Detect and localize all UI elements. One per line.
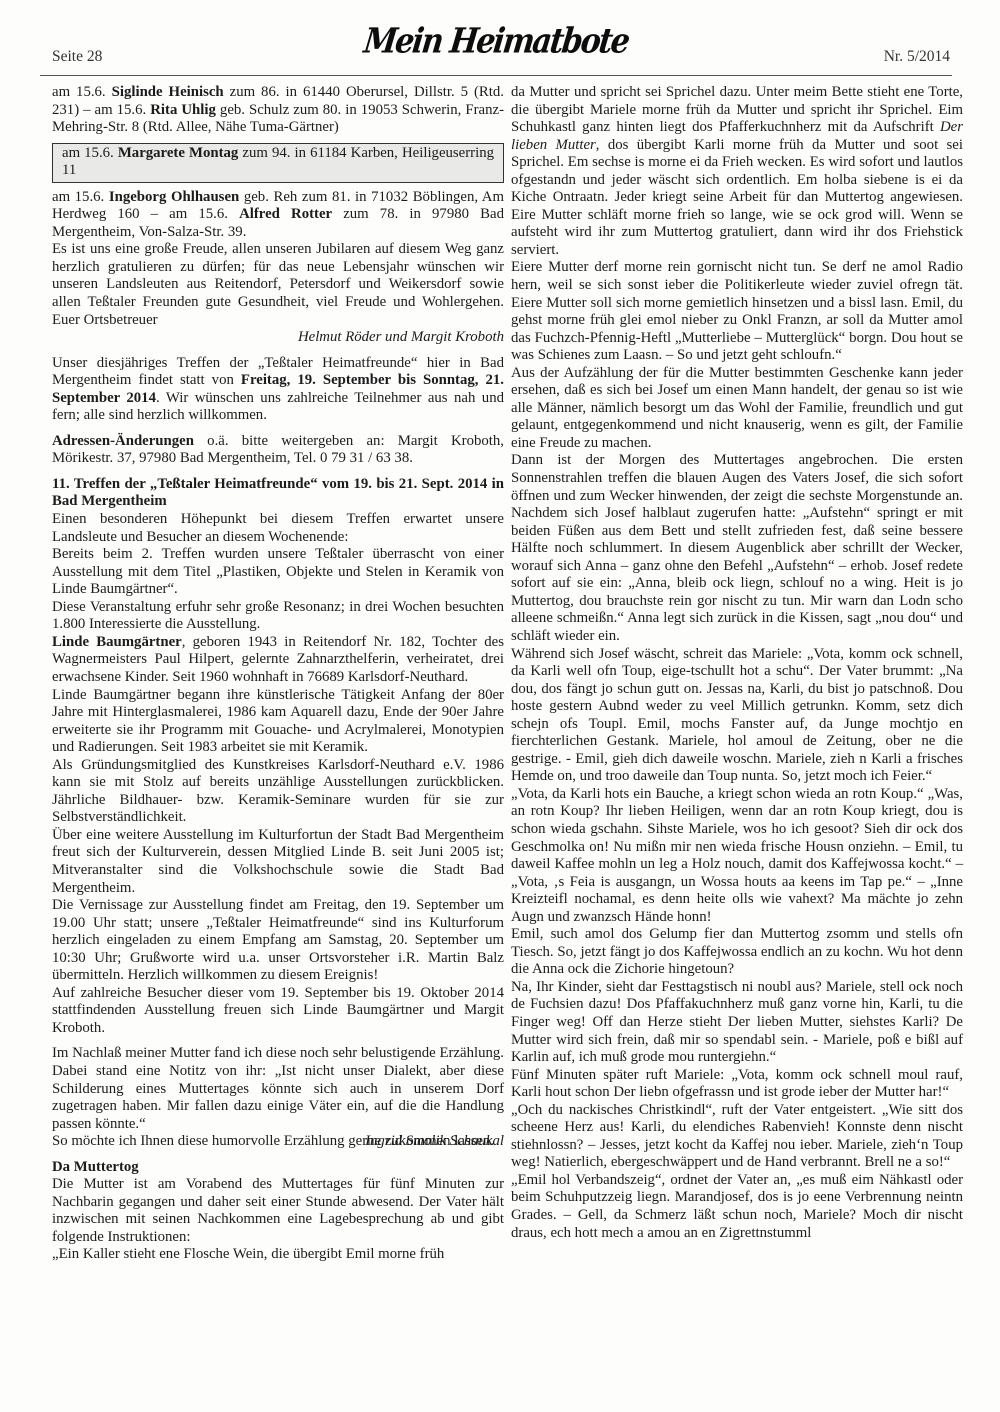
story-paragraph: Fünf Minuten später ruft Mariele: „Vota,… — [511, 1067, 963, 1102]
birthday-entry-1: am 15.6. Siglinde Heinisch zum 86. in 61… — [52, 84, 504, 137]
paragraph: Über eine weitere Ausstellung im Kulturf… — [52, 827, 504, 897]
issue-number: Nr. 5/2014 — [884, 48, 950, 66]
address-changes: Adressen-Änderungen o.ä. bitte weitergeb… — [52, 433, 504, 468]
page-number: Seite 28 — [52, 48, 102, 66]
highlighted-birthday-box: am 15.6. Margarete Montag zum 94. in 611… — [52, 143, 504, 183]
section-heading-treffen: 11. Treffen der „Teßtaler Heimatfreunde“… — [52, 476, 504, 511]
story-paragraph: Na, Ihr Kinder, sieht dar Festtagstisch … — [511, 979, 963, 1067]
story-paragraph: Emil, such amol dos Gelump fier dan Mutt… — [511, 926, 963, 979]
story-paragraph: Aus der Aufzählung der für die Mutter be… — [511, 365, 963, 453]
paragraph: Bereits beim 2. Treffen wurden unsere Te… — [52, 546, 504, 599]
paragraph: „Ein Kaller stieht ene Flosche Wein, die… — [52, 1246, 504, 1264]
page-header: Seite 28 Mein Heimatbote Nr. 5/2014 — [40, 30, 952, 76]
story-paragraph: Dann ist der Morgen des Muttertages ange… — [511, 452, 963, 645]
paragraph: Linde Baumgärtner, geboren 1943 in Reite… — [52, 634, 504, 687]
story-paragraph: Während sich Josef wäscht, schreit das M… — [511, 646, 963, 786]
paragraph: Linde Baumgärtner begann ihre künstleris… — [52, 687, 504, 757]
paragraph: Diese Veranstaltung erfuhr sehr große Re… — [52, 599, 504, 634]
paragraph: Die Vernissage zur Ausstellung findet am… — [52, 897, 504, 985]
story-paragraph: „Och du nackisches Christkindl“, ruft de… — [511, 1102, 963, 1172]
paragraph: Die Mutter ist am Vorabend des Muttertag… — [52, 1176, 504, 1246]
story-paragraph: da Mutter und spricht sei Sprichel dazu.… — [511, 84, 963, 259]
left-column: am 15.6. Siglinde Heinisch zum 86. in 61… — [52, 84, 504, 1264]
story-paragraph: „Vota, da Karli hots ein Bauche, a krieg… — [511, 786, 963, 926]
paragraph: Als Gründungsmitglied des Kunstkreises K… — [52, 757, 504, 827]
story-paragraph: „Emil hol Verbandszeig“, ordnet der Vate… — [511, 1172, 963, 1242]
intro-text: Im Nachlaß meiner Mutter fand ich diese … — [52, 1045, 504, 1133]
paragraph: Auf zahlreiche Besucher dieser vom 19. S… — [52, 985, 504, 1038]
meeting-announcement: Unser diesjähriges Treffen der „Teßtaler… — [52, 355, 504, 425]
birthday-entry-2: am 15.6. Ingeborg Ohlhausen geb. Reh zum… — [52, 189, 504, 242]
story-title: Da Muttertog — [52, 1159, 504, 1177]
signature-ortsbetreuer: Helmut Röder und Margit Kroboth — [52, 329, 504, 347]
congratulation-text: Es ist uns eine große Freude, allen unse… — [52, 241, 504, 329]
right-column: da Mutter und spricht sei Sprichel dazu.… — [511, 84, 963, 1242]
story-paragraph: Eiere Mutter derf morne rein gornischt n… — [511, 259, 963, 364]
masthead-logo: Mein Heimatbote — [362, 21, 631, 61]
paragraph: Einen besonderen Höhepunkt bei diesem Tr… — [52, 511, 504, 546]
